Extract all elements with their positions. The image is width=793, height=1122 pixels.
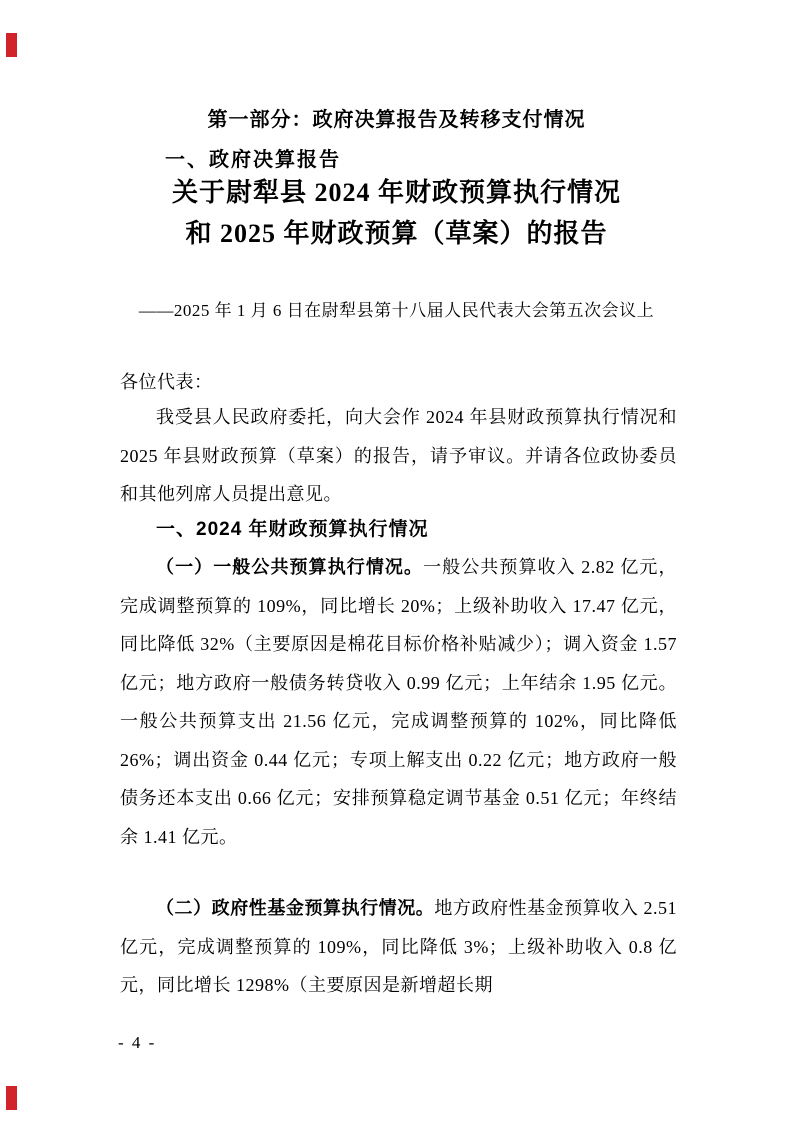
- document-title-line2: 和 2025 年财政预算（草案）的报告: [0, 213, 793, 254]
- document-page: 第一部分：政府决算报告及转移支付情况 一、政府决算报告 关于尉犁县 2024 年…: [0, 0, 793, 1122]
- gov-fund-paragraph: （二）政府性基金预算执行情况。地方政府性基金预算收入 2.51 亿元，完成调整预…: [120, 889, 677, 1005]
- general-budget-paragraph: （一）一般公共预算执行情况。一般公共预算收入 2.82 亿元，完成调整预算的 1…: [120, 548, 677, 856]
- general-budget-body: 一般公共预算收入 2.82 亿元，完成调整预算的 109%，同比增长 20%；上…: [120, 557, 677, 847]
- intro-paragraph: 我受县人民政府委托，向大会作 2024 年县财政预算执行情况和 2025 年县财…: [120, 398, 677, 514]
- red-annotation-mark-top: [6, 33, 17, 57]
- gov-fund-lead: （二）政府性基金预算执行情况。: [156, 898, 434, 918]
- document-title-line1: 关于尉犁县 2024 年财政预算执行情况: [0, 172, 793, 213]
- general-budget-lead: （一）一般公共预算执行情况。: [156, 557, 423, 577]
- red-annotation-mark-bottom: [6, 1086, 17, 1110]
- section-label: 一、政府决算报告: [165, 143, 341, 172]
- meeting-subtitle: ——2025 年 1 月 6 日在尉犁县第十八届人民代表大会第五次会议上: [0, 296, 793, 321]
- salutation: 各位代表：: [120, 363, 677, 402]
- section-1-heading: 一、2024 年财政预算执行情况: [156, 514, 429, 541]
- document-title: 关于尉犁县 2024 年财政预算执行情况 和 2025 年财政预算（草案）的报告: [0, 172, 793, 254]
- page-number: - 4 -: [118, 1033, 156, 1053]
- part-heading: 第一部分：政府决算报告及转移支付情况: [0, 103, 793, 132]
